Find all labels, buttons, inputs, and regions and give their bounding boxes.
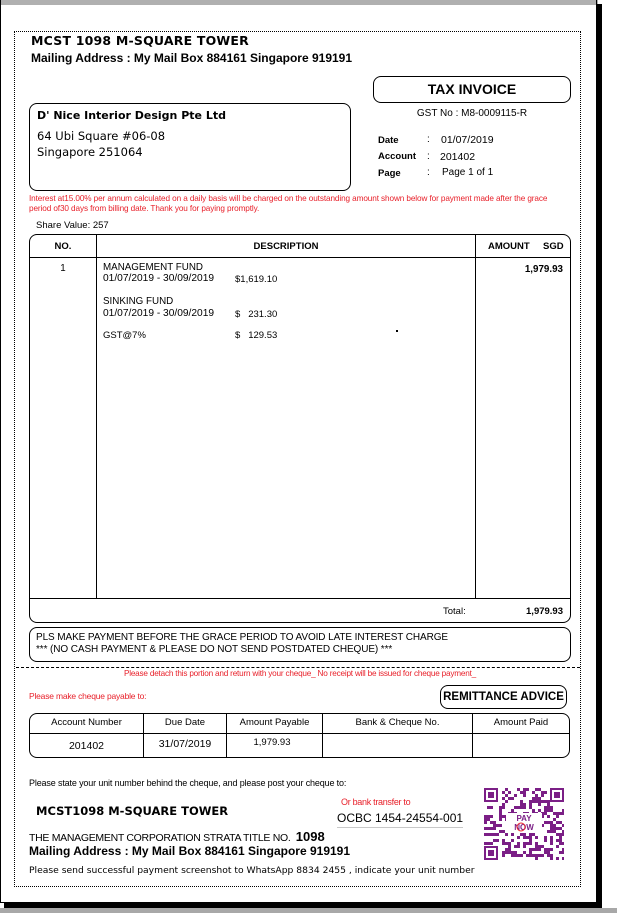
remit-amount-payable: 1,979.93 [227, 737, 317, 748]
header-currency: SGD [543, 241, 564, 252]
remit-header-due-date: Due Date [144, 717, 226, 728]
remit-header-amount-payable: Amount Payable [227, 717, 322, 728]
bank-account-number: OCBC 1454-24554-001 [337, 811, 463, 828]
item-name: MANAGEMENT FUND [103, 262, 203, 273]
date-colon: : [427, 134, 430, 145]
payment-notice-line1: PLS MAKE PAYMENT BEFORE THE GRACE PERIOD… [36, 632, 448, 643]
item-period: 01/07/2019 - 30/09/2019 [103, 308, 214, 319]
col-divider-amount [475, 235, 476, 598]
date-label: Date [378, 135, 399, 146]
page-label: Page [378, 168, 401, 179]
viewer-background [0, 908, 617, 913]
row-number: 1 [30, 263, 96, 274]
detach-note: Please detach this portion and return wi… [29, 669, 571, 678]
remit-header-amount-paid: Amount Paid [473, 717, 569, 728]
gst-label: GST@7% [103, 330, 146, 341]
interest-notice: Interest at15.00% per annum calculated o… [29, 194, 569, 214]
header-description: DESCRIPTION [97, 241, 475, 252]
management-corporation-line: THE MANAGEMENT CORPORATION STRATA TITLE … [29, 829, 325, 844]
remittance-title: REMITTANCE ADVICE [441, 686, 566, 708]
issuer-mailing-address: Mailing Address : My Mail Box 884161 Sin… [31, 51, 352, 65]
issuer-name: MCST 1098 M-SQUARE TOWER [31, 33, 249, 48]
tax-invoice-title: TAX INVOICE [374, 77, 570, 102]
table-header-divider [30, 257, 570, 258]
page-shadow-right [597, 4, 602, 908]
col-divider-no [96, 235, 97, 598]
total-label: Total: [443, 606, 466, 617]
page-margin [602, 0, 617, 913]
detach-cut-line [16, 667, 580, 668]
tax-invoice-title-box: TAX INVOICE [373, 76, 571, 103]
header-amount: AMOUNT [488, 241, 530, 252]
mc-text: THE MANAGEMENT CORPORATION STRATA TITLE … [29, 832, 291, 844]
total-value: 1,979.93 [475, 606, 563, 617]
customer-name: D' Nice Interior Design Pte Ltd [37, 109, 226, 122]
post-cheque-note: Please state your unit number behind the… [29, 778, 346, 788]
page-colon: : [427, 167, 430, 178]
item-name: SINKING FUND [103, 296, 173, 307]
bank-transfer-label: Or bank transfer to [341, 797, 410, 807]
item-period: 01/07/2019 - 30/09/2019 [103, 273, 214, 284]
remittance-title-box: REMITTANCE ADVICE [440, 685, 567, 709]
cheque-payable-label: Please make cheque payable to: [29, 691, 146, 701]
stray-dot [396, 330, 398, 332]
remit-header-bank-cheque: Bank & Cheque No. [323, 717, 472, 728]
gst-number: GST No : M8-0009115-R [373, 108, 571, 119]
account-label: Account [378, 151, 416, 162]
page-number: Page 1 of 1 [442, 167, 493, 178]
header-no: NO. [30, 241, 96, 252]
whatsapp-note: Please send successful payment screensho… [29, 865, 475, 876]
row-amount: 1,979.93 [475, 264, 563, 275]
customer-address-line1: 64 Ubi Square #06-08 [37, 129, 165, 143]
footer-mailing-address: Mailing Address : My Mail Box 884161 Sin… [29, 844, 350, 858]
share-value: Share Value: 257 [36, 220, 109, 231]
account-colon: : [427, 151, 430, 162]
customer-address-line2: Singapore 251064 [37, 145, 143, 159]
remit-header-account: Account Number [30, 717, 143, 728]
invoice-date: 01/07/2019 [441, 134, 494, 146]
item-value: $ 231.30 [235, 309, 277, 320]
invoice-table [29, 234, 571, 623]
payment-notice-line2: *** (NO CASH PAYMENT & PLEASE DO NOT SEN… [36, 644, 392, 655]
remit-account-number: 201402 [30, 740, 143, 752]
table-total-divider [30, 598, 570, 599]
paynow-qr-code-icon: PAYNOW [484, 788, 564, 860]
item-value: $1,619.10 [235, 274, 277, 285]
remit-due-date: 31/07/2019 [144, 738, 226, 750]
gst-value: $ 129.53 [235, 330, 277, 341]
account-number: 201402 [440, 151, 475, 163]
payee-name: MCST1098 M-SQUARE TOWER [36, 804, 228, 818]
mc-number: 1098 [296, 829, 325, 844]
remit-header-divider [30, 733, 569, 734]
